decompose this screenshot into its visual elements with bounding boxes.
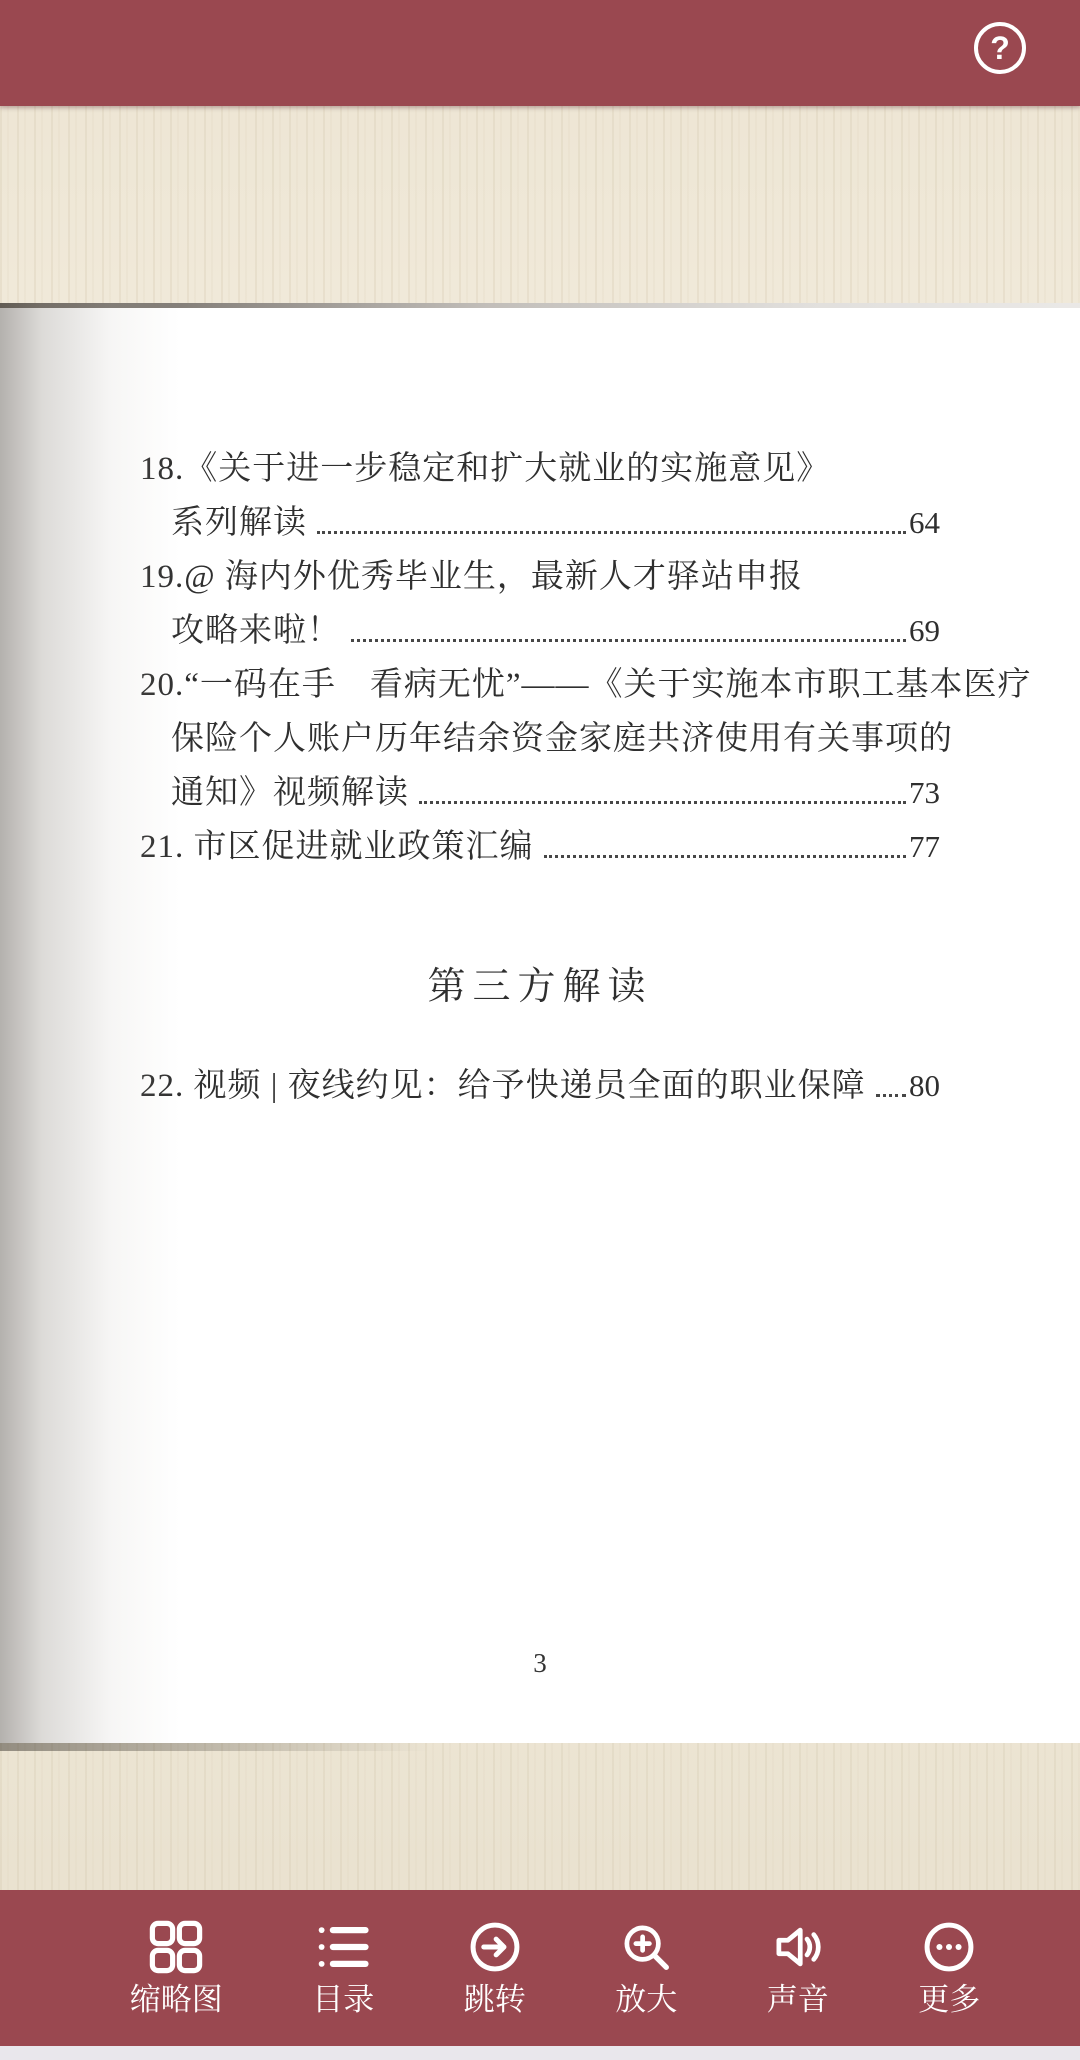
toc-entry-line: 19.@ 海内外优秀毕业生，最新人才驿站申报	[140, 545, 940, 599]
sound-button[interactable]: 声音	[767, 1920, 829, 2017]
jump-label: 跳转	[464, 1983, 526, 2017]
toc-target-page-number: 73	[909, 771, 940, 815]
jump-button[interactable]: 跳转	[464, 1920, 526, 2017]
toc-entry[interactable]: 18.《关于进一步稳定和扩大就业的实施意见》系列解读64	[140, 437, 940, 545]
toc-entry-text: 保险个人账户历年结余资金家庭共济使用有关事项的	[171, 717, 953, 761]
toc-entry[interactable]: 20.“一码在手 看病无忧”——《关于实施本市职工基本医疗保险个人账户历年结余资…	[140, 653, 940, 815]
top-bar: ?	[0, 0, 1080, 106]
zoom-in-button[interactable]: 放大	[615, 1920, 677, 2017]
toc-entry-line: 保险个人账户历年结余资金家庭共济使用有关事项的	[140, 707, 940, 761]
toc-target-page-number: 69	[909, 609, 940, 653]
dot-leader	[419, 801, 906, 804]
bottom-toolbar: 缩略图 目录	[0, 1890, 1080, 2046]
dot-leader	[351, 639, 906, 642]
toc-entry-text: 21. 市区促进就业政策汇编	[140, 825, 534, 869]
dot-leader	[317, 531, 906, 534]
page-bottom-shadow	[0, 1743, 430, 1751]
toc-entry-text: 系列解读	[171, 501, 307, 545]
toc-target-page-number: 80	[909, 1064, 940, 1108]
list-icon	[316, 1920, 370, 1974]
toc-entry-line: 通知》视频解读73	[140, 761, 940, 815]
reader-screen: ? 18.《关于进一步稳定和扩大就业的实施意见》系列解读6419.@ 海内外优秀…	[0, 0, 1080, 2060]
toc-entry-text: 攻略来啦！	[171, 609, 341, 653]
home-indicator-bar	[0, 2046, 1080, 2060]
book-page[interactable]: 18.《关于进一步稳定和扩大就业的实施意见》系列解读6419.@ 海内外优秀毕业…	[0, 303, 1080, 1743]
toc-entry-text: 22. 视频 | 夜线约见：给予快递员全面的职业保障	[140, 1064, 866, 1108]
toc-entry[interactable]: 19.@ 海内外优秀毕业生，最新人才驿站申报攻略来啦！69	[140, 545, 940, 653]
more-button[interactable]: 更多	[918, 1920, 980, 2017]
toc-entry-line: 18.《关于进一步稳定和扩大就业的实施意见》	[140, 437, 940, 491]
sound-label: 声音	[767, 1983, 829, 2017]
toc-target-page-number: 77	[909, 825, 940, 869]
contents-button[interactable]: 目录	[312, 1920, 374, 2017]
speaker-icon	[771, 1920, 825, 1974]
toc-entry[interactable]: 22. 视频 | 夜线约见：给予快递员全面的职业保障80	[140, 1054, 940, 1108]
help-question-glyph: ?	[990, 30, 1010, 67]
toc-entry-line: 系列解读64	[140, 491, 940, 545]
toc: 18.《关于进一步稳定和扩大就业的实施意见》系列解读6419.@ 海内外优秀毕业…	[0, 303, 1080, 1108]
zoom-in-label: 放大	[615, 1983, 677, 2017]
toc-entry-line: 20.“一码在手 看病无忧”——《关于实施本市职工基本医疗	[140, 653, 940, 707]
toc-entry-line: 攻略来啦！69	[140, 599, 940, 653]
more-icon	[922, 1920, 976, 1974]
jump-arrow-icon	[468, 1920, 522, 1974]
thumbnail-button[interactable]: 缩略图	[130, 1920, 223, 2017]
thumbnail-label: 缩略图	[130, 1983, 223, 2017]
more-label: 更多	[918, 1983, 980, 2017]
help-icon[interactable]: ?	[974, 22, 1026, 74]
zoom-in-icon	[619, 1920, 673, 1974]
toc-entry-text: 通知》视频解读	[171, 771, 409, 815]
toc-entry-text: 19.@ 海内外优秀毕业生，最新人才驿站申报	[140, 555, 803, 599]
toc-target-page-number: 64	[909, 501, 940, 545]
folio-page-number: 3	[0, 1648, 1080, 1679]
toc-section-heading: 第三方解读	[140, 955, 940, 1010]
dot-leader	[876, 1094, 906, 1097]
dot-leader	[544, 855, 907, 858]
grid-icon	[149, 1920, 203, 1974]
contents-label: 目录	[312, 1983, 374, 2017]
toc-entry-text: 18.《关于进一步稳定和扩大就业的实施意见》	[140, 447, 830, 491]
toc-entry-line: 21. 市区促进就业政策汇编77	[140, 815, 940, 869]
toc-entry[interactable]: 21. 市区促进就业政策汇编77	[140, 815, 940, 869]
toc-entry-text: 20.“一码在手 看病无忧”——《关于实施本市职工基本医疗	[140, 663, 1032, 707]
toc-entry-line: 22. 视频 | 夜线约见：给予快递员全面的职业保障80	[140, 1054, 940, 1108]
